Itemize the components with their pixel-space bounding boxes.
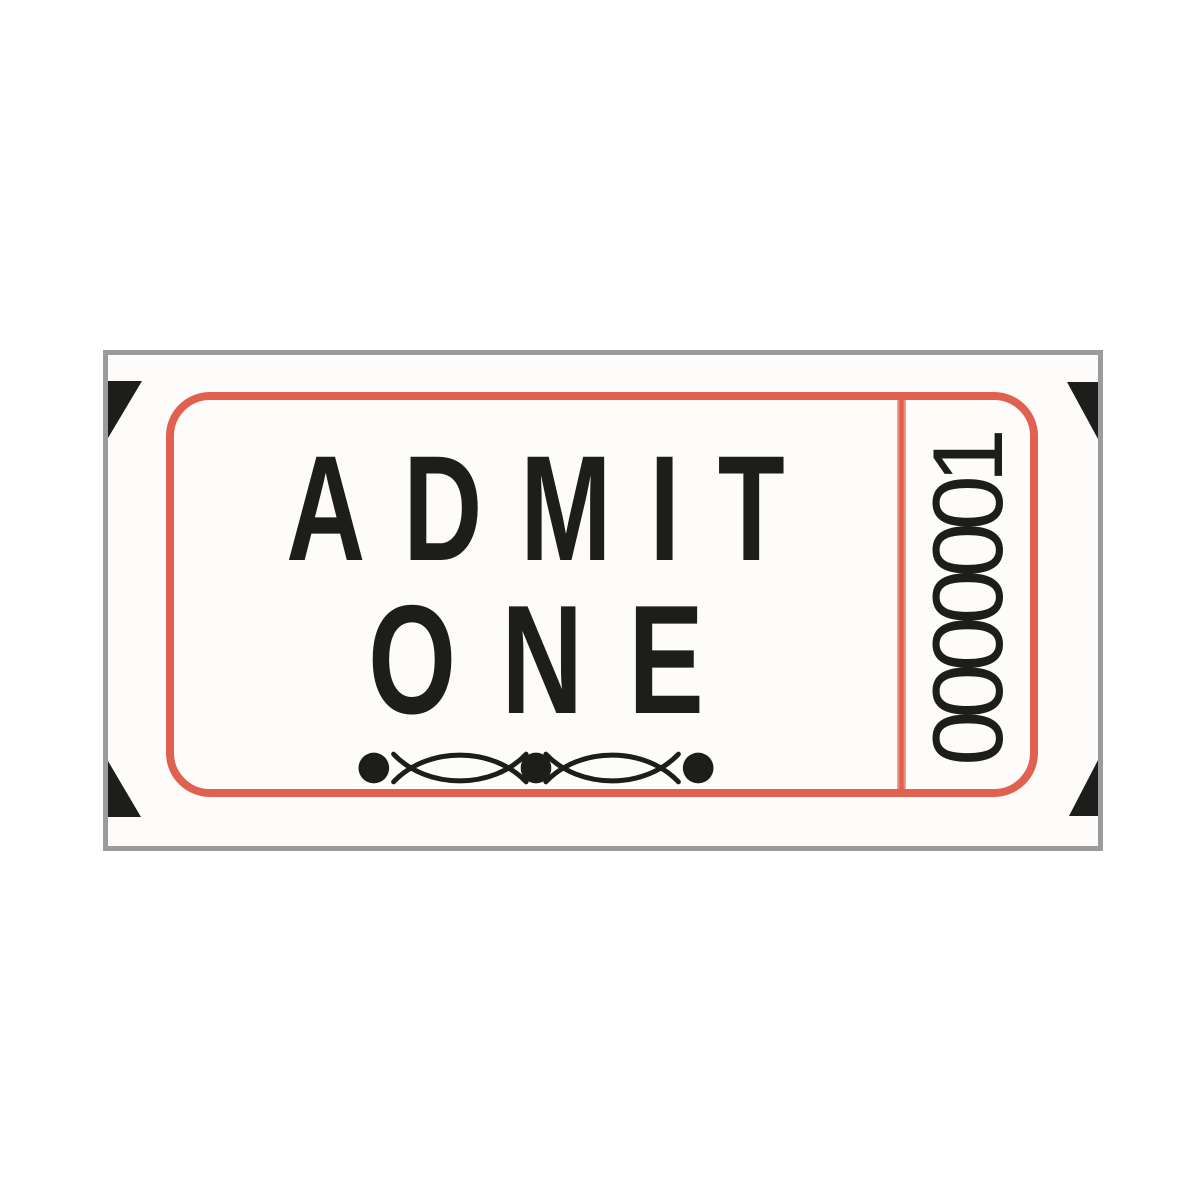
- corner-notch-bottom-left-icon: [108, 761, 141, 817]
- stub-perforation-divider: [897, 400, 906, 789]
- dot-fish-flourish-icon: [358, 744, 714, 792]
- corner-notch-bottom-right-icon: [1069, 760, 1098, 816]
- admit-line: ADMIT: [174, 432, 897, 584]
- one-text: ONE: [322, 571, 748, 749]
- ticket-main-section: ADMIT ONE: [174, 400, 897, 789]
- page: { "ticket": { "line1": "ADMIT", "line2":…: [0, 0, 1200, 1200]
- corner-notch-top-left-icon: [108, 381, 142, 438]
- corner-notch-top-right-icon: [1067, 382, 1098, 439]
- one-line: ONE: [174, 584, 897, 736]
- flourish-row: [174, 746, 897, 790]
- serial-number: 0000001: [918, 436, 1018, 766]
- admit-text: ADMIT: [248, 422, 822, 595]
- ticket-outline: ADMIT ONE 0000001: [166, 392, 1038, 797]
- ticket-image-frame: ADMIT ONE 0000001: [103, 350, 1103, 851]
